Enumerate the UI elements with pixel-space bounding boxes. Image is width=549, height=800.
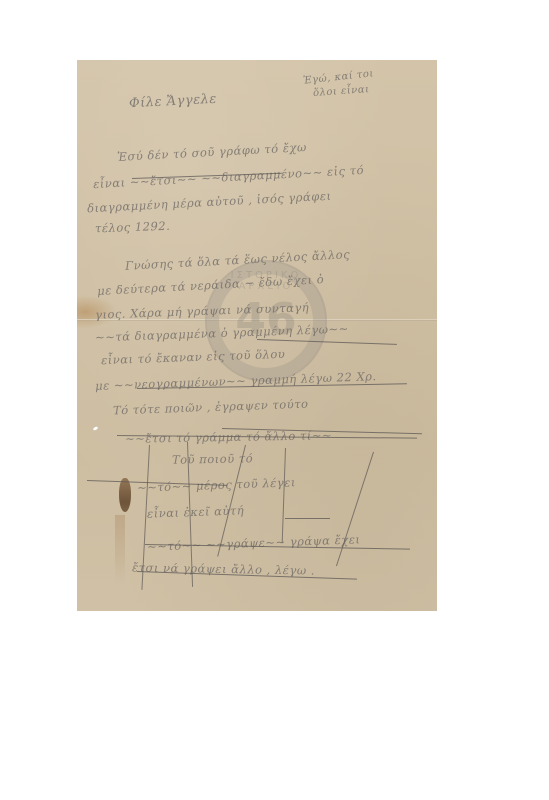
paragraph-1-line-1: Ἐσύ δέν τό σοῦ γράφω τό ἔχω xyxy=(117,140,307,164)
letter-paper: ΙΣΤΟΡΙΚΟ ΑΡΧΕΙΟ 46 Ἐγώ, καί τοι ὅλοι εἶν… xyxy=(77,60,437,611)
paragraph-2-line-7: Τό τότε ποιῶν , ἐγραψεν τούτο xyxy=(113,397,309,418)
paragraph-1-line-3: διαγραμμένη μέρα αὐτοῦ , ἰσός γράφει xyxy=(87,189,332,216)
salutation: Φίλε Ἄγγελε xyxy=(129,92,218,112)
paragraph-3-line-5: ~~τό~~ ~~γράψε~~ γράψα ἔχει xyxy=(147,532,361,553)
paper-speck xyxy=(93,426,99,431)
strikethrough xyxy=(285,518,330,519)
header-note-line-2: ὅλοι εἶναι xyxy=(313,84,370,99)
page: ΙΣΤΟΡΙΚΟ ΑΡΧΕΙΟ 46 Ἐγώ, καί τοι ὅλοι εἶν… xyxy=(0,0,549,800)
crossout-stroke xyxy=(282,448,287,543)
paragraph-1-line-4: τέλος 1292. xyxy=(95,219,171,236)
ink-blot xyxy=(119,478,131,512)
paper-stain xyxy=(115,515,125,585)
